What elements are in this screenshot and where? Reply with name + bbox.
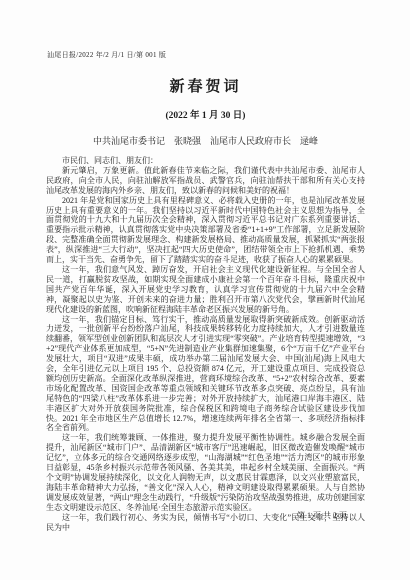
body-paragraph: 这一年，我们意气风发、踔厉奋发，开启社会主义现代化建设新征程。与全国全省人民一道…: [46, 265, 365, 315]
page-number-indicator: 第 1 页 共 2 页: [297, 510, 347, 521]
salutation-line: 市民们、同志们、朋友们：: [46, 156, 365, 166]
document-page: 汕尾日报/2022 年/2 月/1 日/第 001 版 新春贺词 (2022 年…: [0, 0, 410, 580]
document-body: 市民们、同志们、朋友们： 新元肇启，万象更新。值此新春佳节来临之际，我们谨代表中…: [46, 156, 365, 532]
body-paragraph: 新元肇启，万象更新。值此新春佳节来临之际，我们谨代表中共汕尾市委、汕尾市人民政府…: [46, 166, 365, 196]
body-paragraph: 2021 年是党和国家历史上具有里程碑意义、必将载入史册的一年，也是汕尾改革发展…: [46, 196, 365, 265]
masthead-source-line: 汕尾日报/2022 年/2 月/1 日/第 001 版: [47, 50, 365, 60]
document-title: 新春贺词: [46, 75, 365, 96]
body-paragraph: 这一年，我们统筹兼顾、一体推进，聚力提升发展平衡性协调性。城乡融合发展全面提升，…: [46, 433, 365, 512]
document-date: (2022 年 1 月 30 日): [46, 107, 365, 121]
body-paragraph: 这一年，我们锚定目标、笃行实干，推动高质量发展取得新突破新成效。创新驱动活力迸发…: [46, 315, 365, 434]
byline-authors: 中共汕尾市委书记 张晓强 汕尾市人民政府市长 逯峰: [46, 134, 365, 147]
